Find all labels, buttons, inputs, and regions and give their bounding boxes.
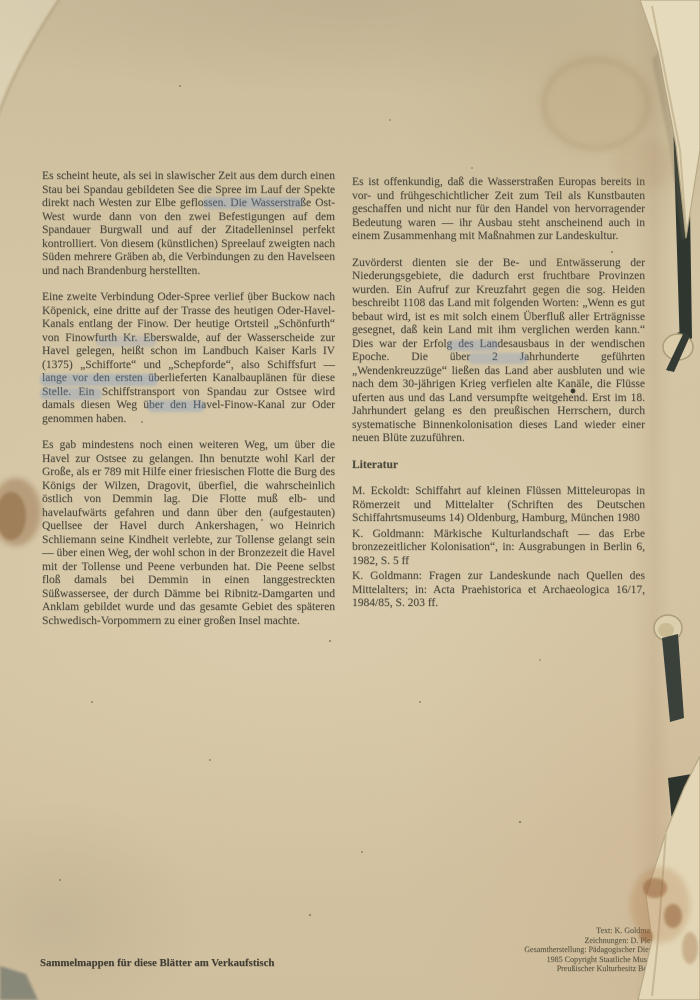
footer-note: Sammelmappen für diese Blätter am Verkau… xyxy=(40,957,274,969)
credit-line: Preußischer Kulturbesitz Berlin xyxy=(378,964,658,974)
print-credits: Text: K. Goldmann Zeichnungen: D. Pleck … xyxy=(378,926,658,974)
paragraph: Es scheint heute, als sei in slawischer … xyxy=(42,170,335,278)
literature-entry: K. Goldmann: Fragen zur Landeskunde nach… xyxy=(352,570,645,611)
literature-entry: K. Goldmann: Märkische Kulturlandschaft … xyxy=(352,528,645,569)
credit-line: Gesamtherstellung: Pädagogischer Dienst xyxy=(378,945,658,955)
credit-line: 1985 Copyright Staatliche Museen xyxy=(378,955,658,965)
credit-line: Text: K. Goldmann xyxy=(378,926,658,936)
paragraph: Zuvörderst dienten sie der Be- und Entwä… xyxy=(352,257,645,446)
credit-line: Zeichnungen: D. Pleck xyxy=(378,936,658,946)
right-column: Es ist offenkundig, daß die Wasserstraße… xyxy=(352,176,645,613)
literature-entry: M. Eckoldt: Schiffahrt auf kleinen Flüss… xyxy=(352,485,645,526)
paragraph: Es ist offenkundig, daß die Wasserstraße… xyxy=(352,176,645,244)
literature-heading: Literatur xyxy=(352,459,645,473)
left-column: Es scheint heute, als sei in slawischer … xyxy=(42,170,335,641)
paragraph: Es gab mindestens noch einen weiteren We… xyxy=(42,439,335,628)
paragraph: Eine zweite Verbindung Oder-Spree verlie… xyxy=(42,291,335,426)
